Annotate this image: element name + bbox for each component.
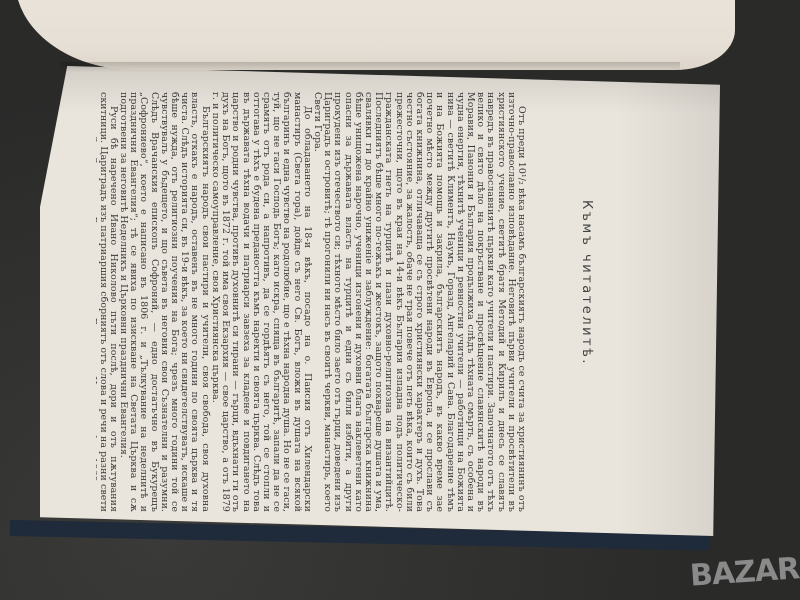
curled-top-page xyxy=(15,0,735,70)
page-title: Къмъ читателитѣ. xyxy=(579,200,594,366)
curl-shadow xyxy=(60,62,680,72)
rotated-text: Отъ преди 10¹/₂ вѣка насамъ българскиятъ… xyxy=(96,92,526,512)
paragraph-4: Руси бѣ наречено Ивано Николово пъти пос… xyxy=(96,92,118,512)
paragraph-1: Отъ преди 10¹/₂ вѣка насамъ българскиятъ… xyxy=(312,92,526,512)
paragraph-3: Българскиятъ народъ свои пастири и учите… xyxy=(118,92,210,512)
page-text-block: Отъ преди 10¹/₂ вѣка насамъ българскиятъ… xyxy=(96,92,526,512)
paragraph-2: До обладаването на 18-и вѣкъ, посадо на … xyxy=(210,92,312,512)
page-title-wrap: Къмъ читателитѣ. xyxy=(576,200,596,320)
